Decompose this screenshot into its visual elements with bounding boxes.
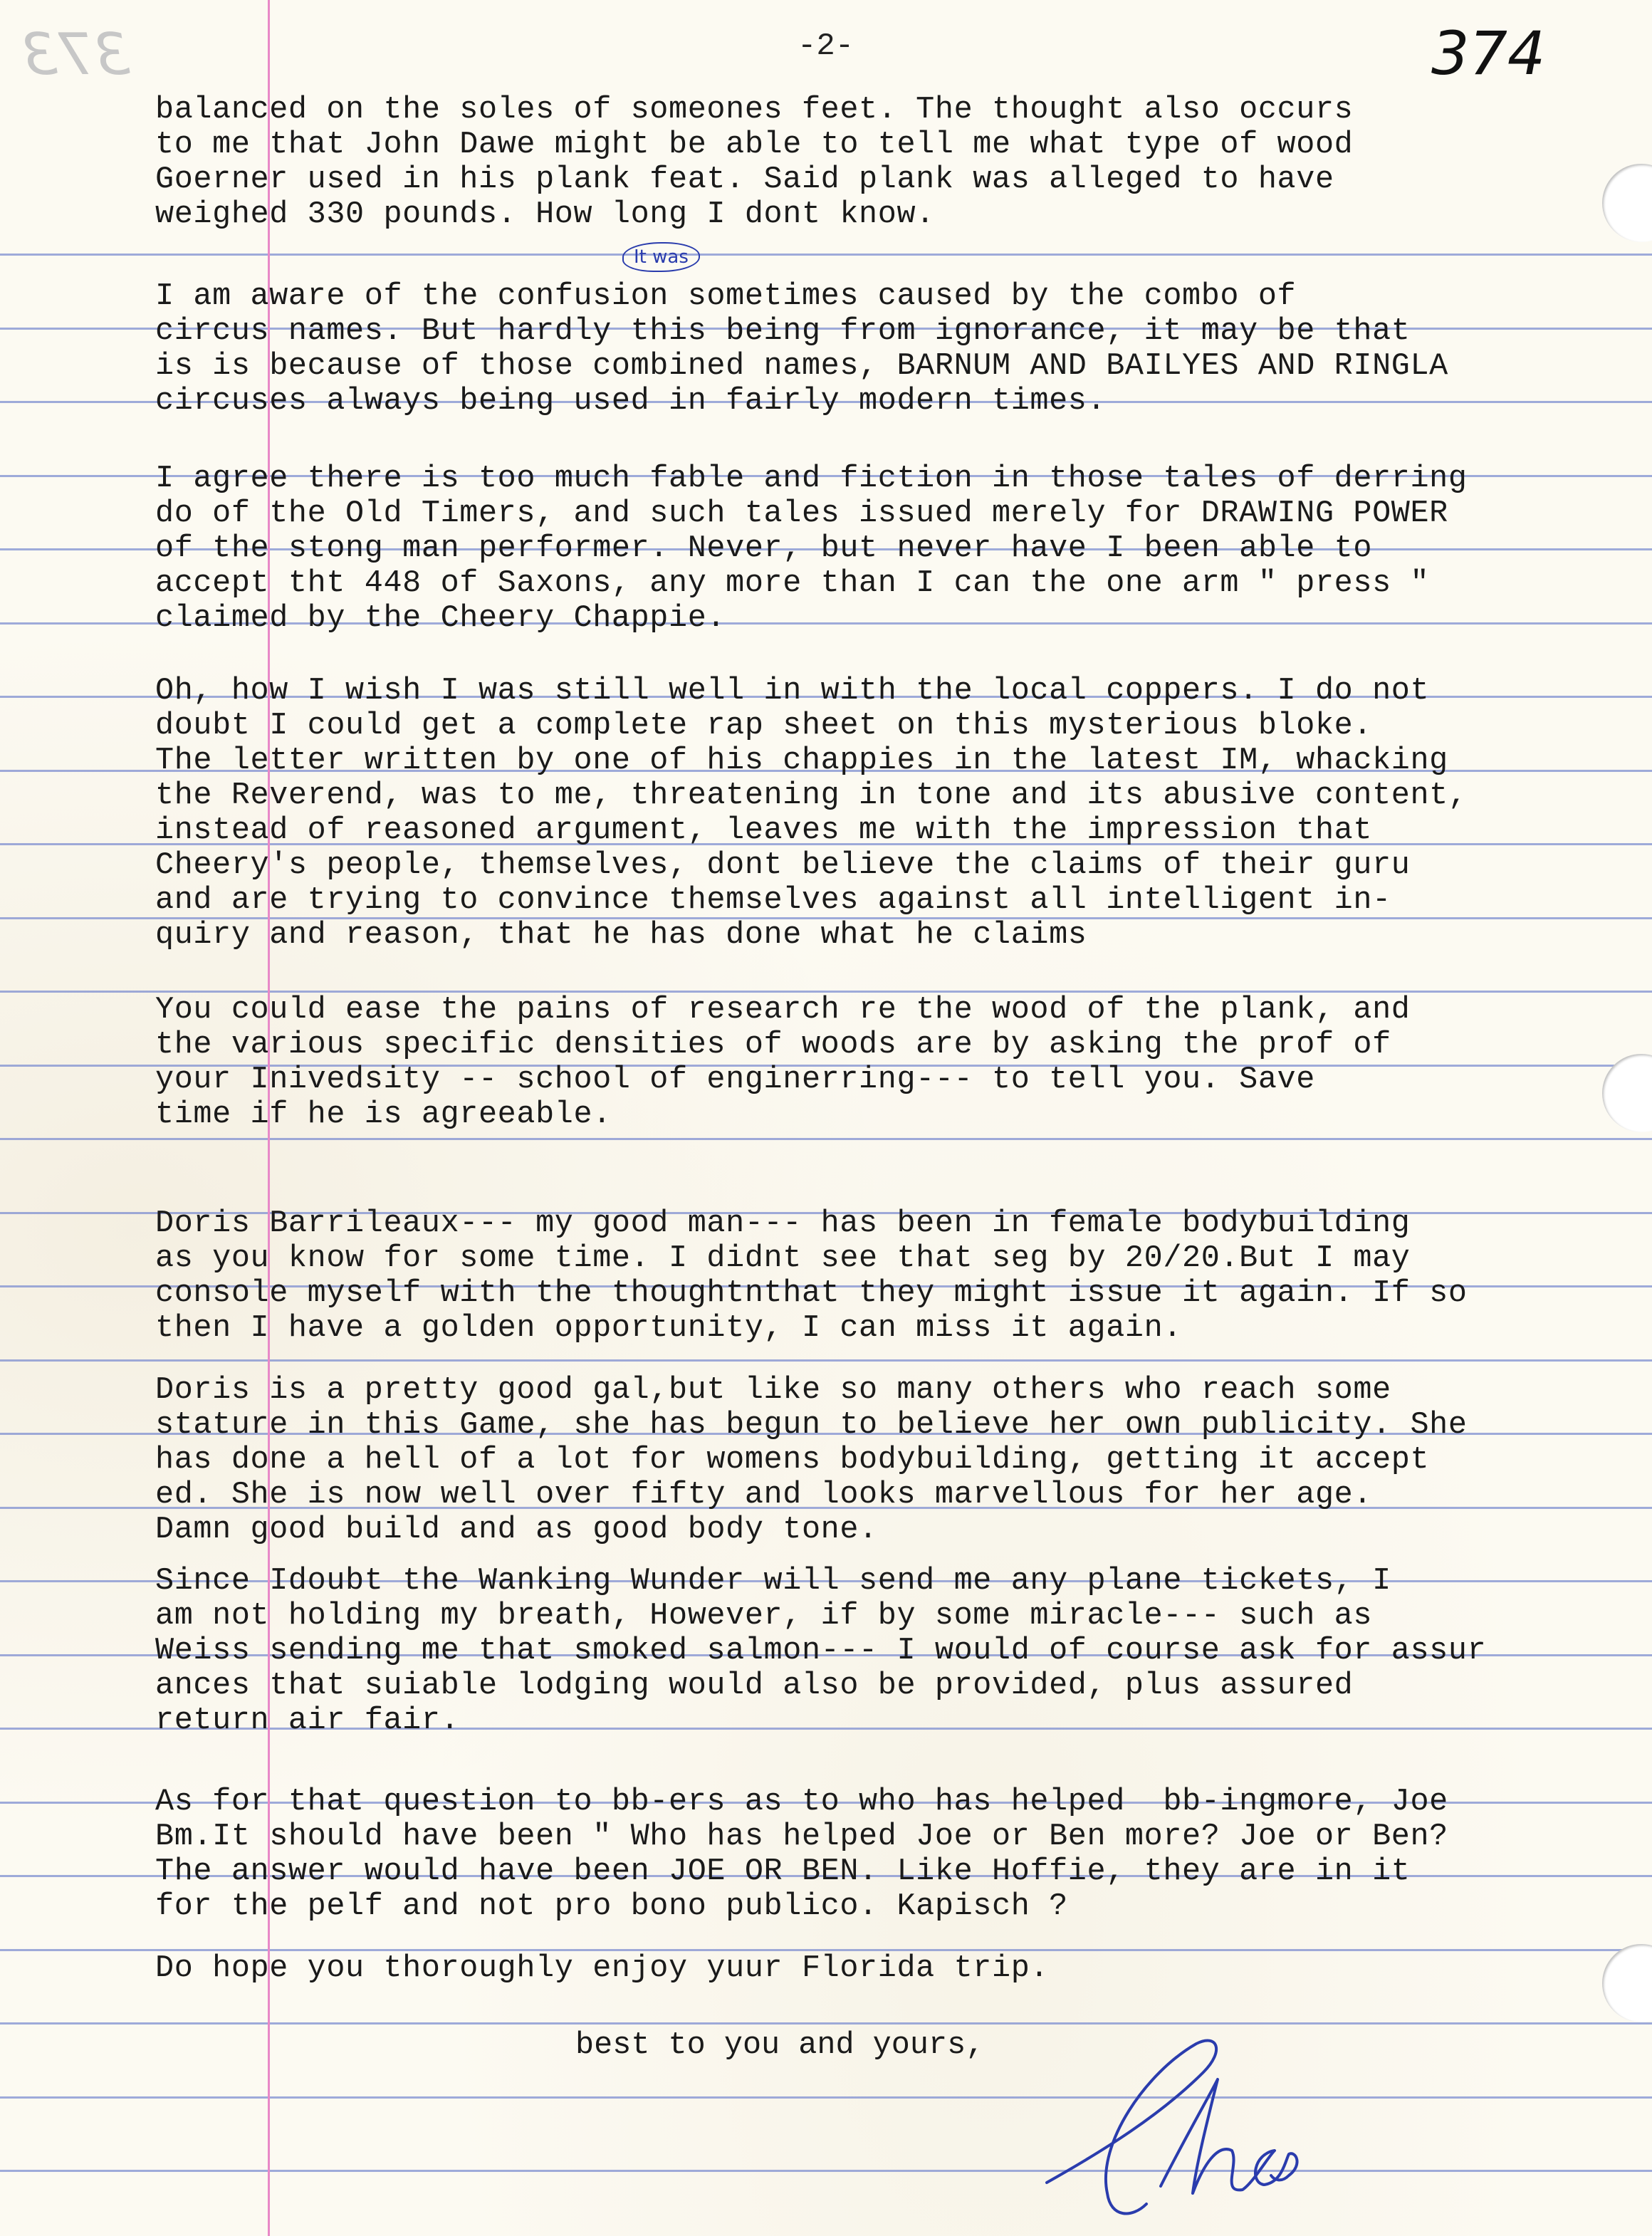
paragraph: I am aware of the confusion sometimes ca… xyxy=(155,279,1651,419)
text-line: accept tht 448 of Saxons, any more than … xyxy=(155,566,1651,601)
text-line: Weiss sending me that smoked salmon--- I… xyxy=(155,1634,1651,1668)
text-line: am not holding my breath, However, if by… xyxy=(155,1599,1651,1634)
paragraph: Doris is a pretty good gal,but like so m… xyxy=(155,1373,1651,1547)
text-line: Doris is a pretty good gal,but like so m… xyxy=(155,1373,1651,1408)
text-line: and are trying to convince themselves ag… xyxy=(155,883,1651,918)
text-line: I agree there is too much fable and fict… xyxy=(155,461,1651,496)
text-line: balanced on the soles of someones feet. … xyxy=(155,93,1651,127)
ruled-line xyxy=(0,1359,1652,1362)
text-line: I am aware of the confusion sometimes ca… xyxy=(155,279,1651,314)
closing-line: best to you and yours, xyxy=(575,2028,984,2063)
text-line: doubt I could get a complete rap sheet o… xyxy=(155,709,1651,743)
paragraph: Do hope you thoroughly enjoy yuur Florid… xyxy=(155,1951,1651,1986)
text-line: as you know for some time. I didnt see t… xyxy=(155,1241,1651,1276)
text-line: Doris Barrileaux--- my good man--- has b… xyxy=(155,1206,1651,1241)
text-line: claimed by the Cheery Chappie. xyxy=(155,601,1651,636)
paragraph: I agree there is too much fable and fict… xyxy=(155,461,1651,636)
text-line: ances that suiable lodging would also be… xyxy=(155,1668,1651,1703)
page-label: -2- xyxy=(798,28,854,64)
text-line: Cheery's people, themselves, dont believ… xyxy=(155,848,1651,883)
text-line: do of the Old Timers, and such tales iss… xyxy=(155,496,1651,531)
text-line: time if he is agreeable. xyxy=(155,1097,1651,1132)
text-line: The letter written by one of his chappie… xyxy=(155,743,1651,778)
text-line: stature in this Game, she has begun to b… xyxy=(155,1408,1651,1443)
text-line: is is because of those combined names, B… xyxy=(155,349,1651,384)
text-line: has done a hell of a lot for womens body… xyxy=(155,1443,1651,1478)
text-line: ed. She is now well over fifty and looks… xyxy=(155,1478,1651,1513)
text-line: of the stong man performer. Never, but n… xyxy=(155,531,1651,566)
handwritten-annotation: It was xyxy=(622,242,700,272)
text-line: quiry and reason, that he has done what … xyxy=(155,918,1651,953)
text-line: Oh, how I wish I was still well in with … xyxy=(155,674,1651,709)
text-line: circuses always being used in fairly mod… xyxy=(155,384,1651,419)
paragraph: Doris Barrileaux--- my good man--- has b… xyxy=(155,1206,1651,1346)
ghost-page-number: 373 xyxy=(21,21,130,88)
text-line: Goerner used in his plank feat. Said pla… xyxy=(155,162,1651,197)
handwritten-page-number: 374 xyxy=(1431,19,1545,88)
letter-page: 373 -2- 374 It was balanced on the soles… xyxy=(0,0,1652,2236)
paragraph: You could ease the pains of research re … xyxy=(155,993,1651,1132)
ruled-line xyxy=(0,2022,1652,2025)
text-line: instead of reasoned argument, leaves me … xyxy=(155,813,1651,848)
text-line: Do hope you thoroughly enjoy yuur Florid… xyxy=(155,1951,1651,1986)
ruled-line xyxy=(0,2170,1652,2172)
text-line: As for that question to bb-ers as to who… xyxy=(155,1785,1651,1819)
paragraph: Since Idoubt the Wanking Wunder will sen… xyxy=(155,1564,1651,1738)
paragraph: As for that question to bb-ers as to who… xyxy=(155,1785,1651,1924)
text-line: return air fair. xyxy=(155,1703,1651,1738)
text-line: to me that John Dawe might be able to te… xyxy=(155,127,1651,162)
text-line: then I have a golden opportunity, I can … xyxy=(155,1311,1651,1346)
signature: Chas xyxy=(1040,2029,1339,2229)
text-line: Bm.It should have been " Who has helped … xyxy=(155,1819,1651,1854)
paragraph: balanced on the soles of someones feet. … xyxy=(155,93,1651,232)
text-line: The answer would have been JOE OR BEN. L… xyxy=(155,1854,1651,1889)
text-line: Since Idoubt the Wanking Wunder will sen… xyxy=(155,1564,1651,1599)
text-line: circus names. But hardly this being from… xyxy=(155,314,1651,349)
ruled-line xyxy=(0,254,1652,256)
ruled-line xyxy=(0,1138,1652,1140)
text-line: your Inivedsity -- school of enginerring… xyxy=(155,1062,1651,1097)
paragraph: Oh, how I wish I was still well in with … xyxy=(155,674,1651,953)
ruled-line xyxy=(0,2096,1652,2099)
text-line: console myself with the thoughtnthat the… xyxy=(155,1276,1651,1311)
text-line: You could ease the pains of research re … xyxy=(155,993,1651,1028)
text-line: weighed 330 pounds. How long I dont know… xyxy=(155,197,1651,232)
text-line: Damn good build and as good body tone. xyxy=(155,1513,1651,1547)
text-line: the Reverend, was to me, threatening in … xyxy=(155,778,1651,813)
text-line: for the pelf and not pro bono publico. K… xyxy=(155,1889,1651,1924)
text-line: the various specific densities of woods … xyxy=(155,1028,1651,1062)
